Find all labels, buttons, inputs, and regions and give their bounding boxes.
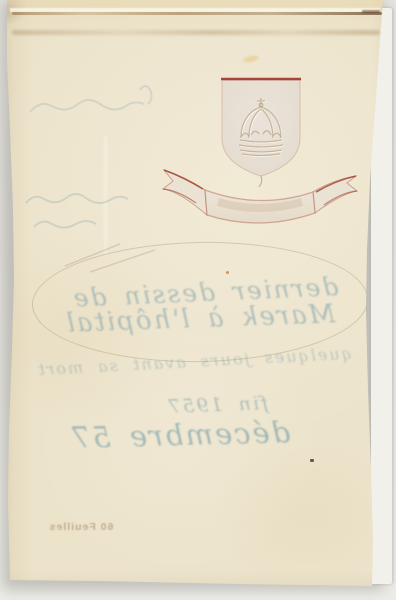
smudge-line — [12, 30, 380, 35]
orange-speck — [226, 271, 229, 274]
ghost-handwriting-line: fin 1957 — [168, 392, 269, 417]
dark-speck — [310, 459, 314, 462]
ribbon-right-tail — [313, 176, 357, 213]
yellow-smudge — [243, 54, 260, 63]
ghost-handwriting-line: décembre 57 — [60, 415, 301, 455]
binding-crease-line — [12, 12, 382, 15]
ghost-scribble-upper — [22, 80, 172, 140]
paper-sheet: dernier dessin de Marek à l'hôpital quel… — [0, 0, 396, 600]
photo-of-notebook-page: dernier dessin de Marek à l'hôpital quel… — [0, 0, 396, 600]
shield-body — [222, 80, 300, 176]
embossed-ribbon-banner — [158, 164, 362, 228]
sheet-count-mark: 60 Feuilles — [42, 521, 120, 533]
crease-dark-dash — [362, 10, 380, 13]
